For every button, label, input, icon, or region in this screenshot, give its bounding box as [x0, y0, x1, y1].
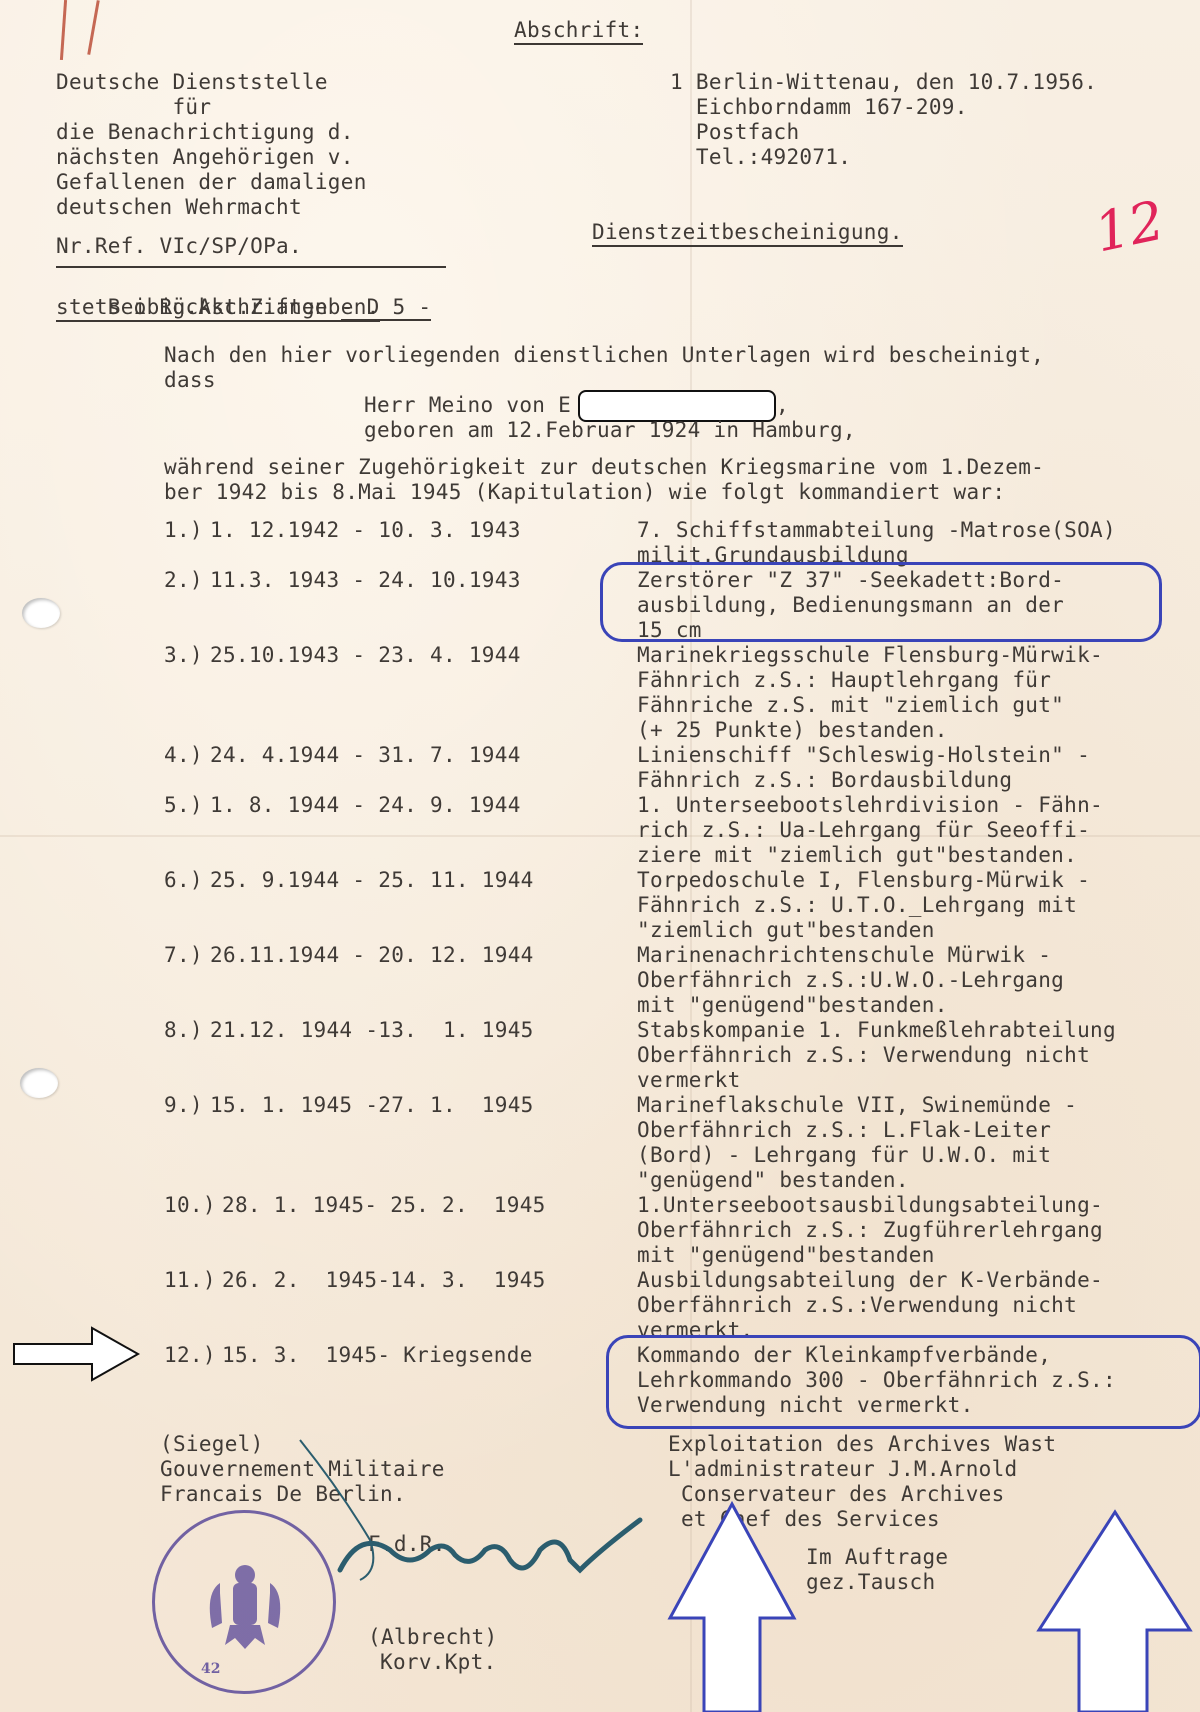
- highlight-box-entry-2: [600, 562, 1162, 642]
- birth-line: geboren am 12.Februar 1924 in Hamburg,: [364, 418, 856, 443]
- entry-line: Stabskompanie 1. Funkmeßlehrabteilung: [637, 1018, 1116, 1043]
- service-intro-line: ber 1942 bis 8.Mai 1945 (Kapitulation) w…: [164, 480, 1005, 505]
- entry-number: 3.): [164, 643, 203, 668]
- entry-line: Torpedoschule I, Flensburg-Mürwik -: [637, 868, 1090, 893]
- entry-dates: 11.3. 1943 - 24. 10.1943: [210, 568, 521, 593]
- entry-line: mit "genügend"bestanden.: [637, 993, 948, 1018]
- eagle-emblem-icon: [200, 1553, 290, 1653]
- entry-line: Linienschiff "Schleswig-Holstein" -: [637, 743, 1090, 768]
- entry-number: 10.): [164, 1193, 216, 1218]
- entry-dates: 28. 1. 1945- 25. 2. 1945: [222, 1193, 546, 1218]
- entry-line: 7. Schiffstammabteilung -Matrose(SOA): [637, 518, 1116, 543]
- entry-line: Ausbildungsabteilung der K-Verbände-: [637, 1268, 1103, 1293]
- arrow-up-icon: [664, 1500, 800, 1712]
- entry-dates: 26.11.1944 - 20. 12. 1944: [210, 943, 534, 968]
- entry-dates: 1. 8. 1944 - 24. 9. 1944: [210, 793, 521, 818]
- entry-number: 1.): [164, 518, 203, 543]
- arrow-up-icon: [1035, 1508, 1195, 1712]
- entry-line: "genügend" bestanden.: [637, 1168, 909, 1193]
- entry-line: Oberfähnrich z.S.: L.Flak-Leiter: [637, 1118, 1051, 1143]
- entry-number: 9.): [164, 1093, 203, 1118]
- highlight-box-entry-12: [606, 1335, 1200, 1429]
- entry-line: (Bord) - Lehrgang für U.W.O. mit: [637, 1143, 1051, 1168]
- document-type-heading: Dienstzeitbescheinigung.: [592, 220, 903, 247]
- entry-dates: 1. 12.1942 - 10. 3. 1943: [210, 518, 521, 543]
- entry-number: 2.): [164, 568, 203, 593]
- reference-number: Nr.Ref. VIc/SP/OPa.: [56, 234, 302, 259]
- entry-line: mit "genügend"bestanden: [637, 1243, 935, 1268]
- punch-hole: [20, 1068, 58, 1098]
- entry-line: rich z.S.: Ua-Lehrgang für Seeoffi-: [637, 818, 1090, 843]
- entry-line: Oberfähnrich z.S.:Verwendung nicht: [637, 1293, 1077, 1318]
- service-intro-line: während seiner Zugehörigkeit zur deutsch…: [164, 455, 1044, 480]
- reply-note-line2: stets obig.Akt.Z.angeben.: [56, 295, 380, 322]
- sender-line: deutschen Wehrmacht: [56, 195, 302, 220]
- entry-line: Fähnriche z.S. mit "ziemlich gut": [637, 693, 1064, 718]
- entry-line: Marinekriegsschule Flensburg-Mürwik-: [637, 643, 1103, 668]
- entry-line: Oberfähnrich z.S.:U.W.O.-Lehrgang: [637, 968, 1064, 993]
- document-title: Abschrift:: [514, 18, 643, 45]
- entry-line: Marinenachrichtenschule Mürwik -: [637, 943, 1051, 968]
- on-behalf-signer: gez.Tausch: [806, 1570, 935, 1595]
- entry-dates: 21.12. 1944 -13. 1. 1945: [210, 1018, 534, 1043]
- entry-dates: 15. 3. 1945- Kriegsende: [222, 1343, 533, 1368]
- address-line: Postfach: [670, 120, 799, 145]
- sender-line: für: [56, 95, 211, 120]
- entry-number: 7.): [164, 943, 203, 968]
- intro-line: Nach den hier vorliegenden dienstlichen …: [164, 343, 1044, 368]
- entry-number: 4.): [164, 743, 203, 768]
- handwritten-signature: [280, 1430, 680, 1630]
- archive-line: Exploitation des Archives Wast: [668, 1432, 1056, 1457]
- entry-number: 12.): [164, 1343, 216, 1368]
- entry-number: 5.): [164, 793, 203, 818]
- entry-line: (+ 25 Punkte) bestanden.: [637, 718, 948, 743]
- entry-line: vermerkt: [637, 1068, 741, 1093]
- intro-line: dass: [164, 368, 216, 393]
- address-line: Eichborndamm 167-209.: [670, 95, 968, 120]
- entry-dates: 24. 4.1944 - 31. 7. 1944: [210, 743, 521, 768]
- entry-dates: 26. 2. 1945-14. 3. 1945: [222, 1268, 546, 1293]
- address-line: 1 Berlin-Wittenau, den 10.7.1956.: [670, 70, 1097, 95]
- entry-line: Marineflakschule VII, Swinemünde -: [637, 1093, 1077, 1118]
- entry-dates: 25. 9.1944 - 25. 11. 1944: [210, 868, 534, 893]
- stamp-number: 42: [201, 1661, 220, 1677]
- entry-line: ziere mit "ziemlich gut"bestanden.: [637, 843, 1077, 868]
- archive-line: L'administrateur J.M.Arnold: [668, 1457, 1017, 1482]
- entry-number: 6.): [164, 868, 203, 893]
- divider: [56, 266, 446, 268]
- seal-label: (Siegel): [160, 1432, 264, 1457]
- sender-line: Gefallenen der damaligen: [56, 170, 367, 195]
- entry-line: 1.Unterseebootsausbildungsabteilung-: [637, 1193, 1103, 1218]
- entry-dates: 25.10.1943 - 23. 4. 1944: [210, 643, 521, 668]
- entry-line: Fähnrich z.S.: Bordausbildung: [637, 768, 1012, 793]
- sender-line: nächsten Angehörigen v.: [56, 145, 354, 170]
- entry-line: Fähnrich z.S.: U.T.O._Lehrgang mit: [637, 893, 1077, 918]
- on-behalf-label: Im Auftrage: [806, 1545, 948, 1570]
- address-line: Tel.:492071.: [670, 145, 851, 170]
- sender-line: Deutsche Dienststelle: [56, 70, 328, 95]
- name-comma: ,: [776, 393, 789, 418]
- sender-line: die Benachrichtigung d.: [56, 120, 354, 145]
- person-name: Herr Meino von E: [364, 393, 571, 418]
- entry-dates: 15. 1. 1945 -27. 1. 1945: [210, 1093, 534, 1118]
- punch-hole: [22, 598, 60, 628]
- entry-line: "ziemlich gut"bestanden: [637, 918, 935, 943]
- entry-line: 1. Unterseebootslehrdivision - Fähn-: [637, 793, 1103, 818]
- entry-number: 8.): [164, 1018, 203, 1043]
- entry-line: Oberfähnrich z.S.: Verwendung nicht: [637, 1043, 1090, 1068]
- arrow-right-icon: [12, 1326, 142, 1382]
- entry-line: Oberfähnrich z.S.: Zugführerlehrgang: [637, 1218, 1103, 1243]
- entry-number: 11.): [164, 1268, 216, 1293]
- signer-rank: Korv.Kpt.: [380, 1650, 497, 1675]
- entry-line: Fähnrich z.S.: Hauptlehrgang für: [637, 668, 1051, 693]
